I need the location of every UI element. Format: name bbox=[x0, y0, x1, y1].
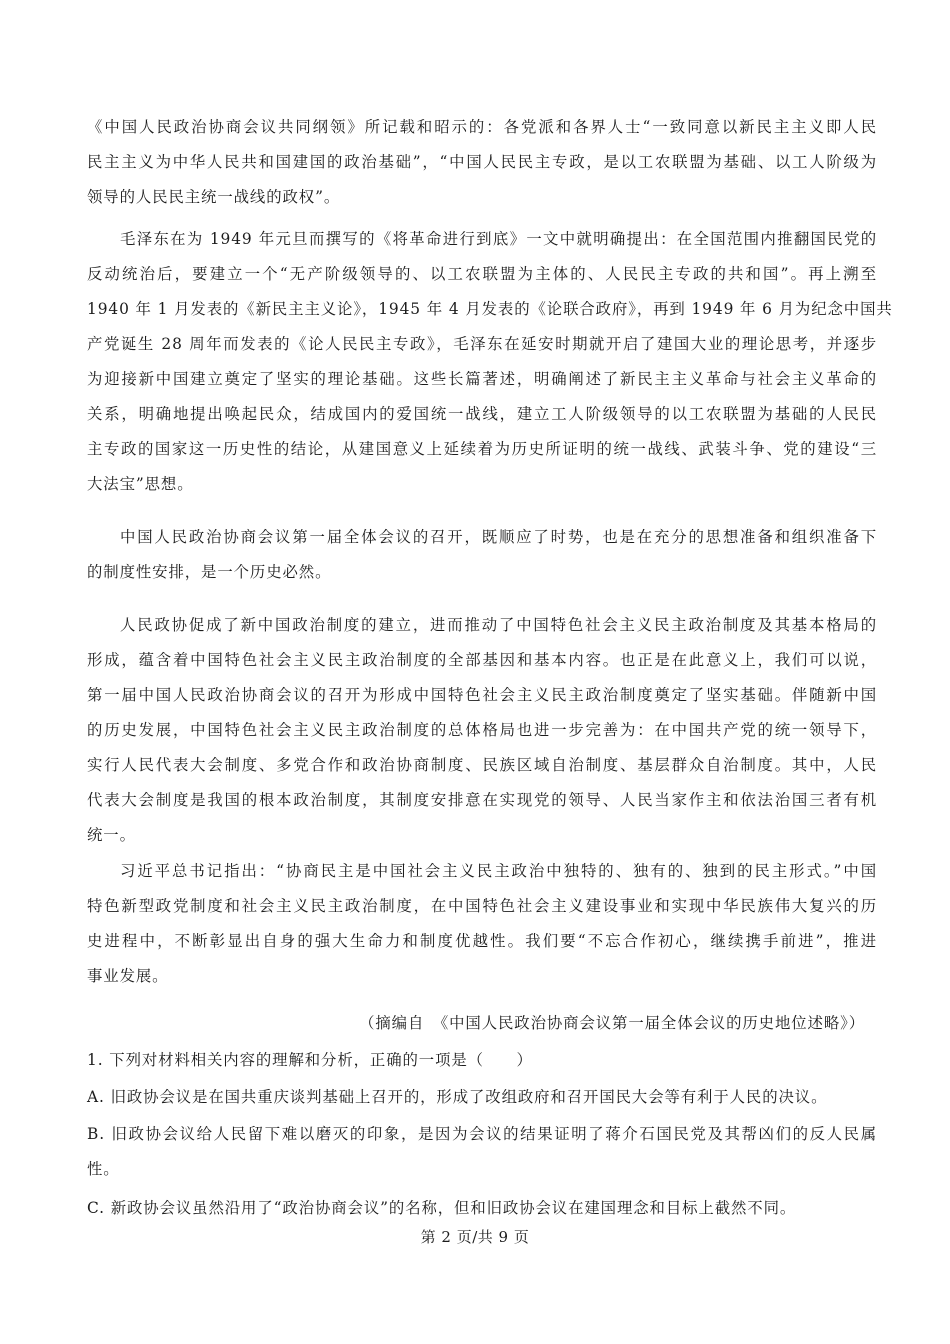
text-line: 的制度性安排，是一个历史必然。 bbox=[87, 560, 877, 584]
text-line: 产党诞生 28 周年而发表的《论人民民主专政》，毛泽东在延安时期就开启了建国大业… bbox=[87, 332, 877, 356]
option-c: C. 新政协会议虽然沿用了“政治协商会议”的名称，但和旧政协会议在建国理念和目标… bbox=[87, 1196, 877, 1220]
text-line: 关系，明确地提出唤起民众，结成国内的爱国统一战线，建立工人阶级领导的以工农联盟为… bbox=[87, 402, 877, 426]
option-b: B. 旧政协会议给人民留下难以磨灭的印象，是因为会议的结果证明了蒋介石国民党及其… bbox=[87, 1122, 877, 1146]
question-stem: 1. 下列对材料相关内容的理解和分析，正确的一项是（ ） bbox=[87, 1048, 877, 1072]
text-line: 特色新型政党制度和社会主义民主政治制度，在中国特色社会主义建设事业和实现中华民族… bbox=[87, 894, 877, 918]
text-line: 民主主义为中华人民共和国建国的政治基础”，“中国人民民主专政，是以工农联盟为基础… bbox=[87, 150, 877, 174]
text-line: 人民政协促成了新中国政治制度的建立，进而推动了中国特色社会主义民主政治制度及其基… bbox=[120, 613, 877, 637]
text-line: 主专政的国家这一历史性的结论，从建国意义上延续着为历史所证明的统一战线、武装斗争… bbox=[87, 437, 877, 461]
text-line: 1940 年 1 月发表的《新民主主义论》，1945 年 4 月发表的《论联合政… bbox=[87, 297, 877, 321]
document-page: 《中国人民政治协商会议共同纲领》所记载和昭示的：各党派和各界人士“一致同意以新民… bbox=[0, 0, 950, 1344]
text-line: 形成，蕴含着中国特色社会主义民主政治制度的全部基因和基本内容。也正是在此意义上，… bbox=[87, 648, 877, 672]
page-footer: 第 2 页/共 9 页 bbox=[0, 1225, 950, 1249]
text-line: 大法宝”思想。 bbox=[87, 472, 877, 496]
text-line: 代表大会制度是我国的根本政治制度，其制度安排意在实现党的领导、人民当家作主和依法… bbox=[87, 788, 877, 812]
text-line: 事业发展。 bbox=[87, 964, 877, 988]
option-b-continued: 性。 bbox=[87, 1157, 877, 1181]
text-line: 为迎接新中国建立奠定了坚实的理论基础。这些长篇著述，明确阐述了新民主主义革命与社… bbox=[87, 367, 877, 391]
text-line: 实行人民代表大会制度、多党合作和政治协商制度、民族区域自治制度、基层群众自治制度… bbox=[87, 753, 877, 777]
option-a: A. 旧政协会议是在国共重庆谈判基础上召开的，形成了改组政府和召开国民大会等有利… bbox=[87, 1085, 877, 1109]
text-line: 第一届中国人民政治协商会议的召开为形成中国特色社会主义民主政治制度奠定了坚实基础… bbox=[87, 683, 877, 707]
text-line: 《中国人民政治协商会议共同纲领》所记载和昭示的：各党派和各界人士“一致同意以新民… bbox=[87, 115, 877, 139]
text-line: 史进程中，不断彰显出自身的强大生命力和制度优越性。我们要“不忘合作初心，继续携手… bbox=[87, 929, 877, 953]
source-citation: （摘编自 《中国人民政治协商会议第一届全体会议的历史地位述略》） bbox=[320, 1011, 865, 1035]
text-line: 统一。 bbox=[87, 823, 877, 847]
text-line: 习近平总书记指出：“协商民主是中国社会主义民主政治中独特的、独有的、独到的民主形… bbox=[120, 859, 877, 883]
text-line: 反动统治后，要建立一个“无产阶级领导的、以工农联盟为主体的、人民民主专政的共和国… bbox=[87, 262, 877, 286]
text-line: 中国人民政治协商会议第一届全体会议的召开，既顺应了时势，也是在充分的思想准备和组… bbox=[120, 525, 877, 549]
text-line: 领导的人民民主统一战线的政权”。 bbox=[87, 185, 877, 209]
text-line: 的历史发展，中国特色社会主义民主政治制度的总体格局也进一步完善为：在中国共产党的… bbox=[87, 718, 877, 742]
text-line: 毛泽东在为 1949 年元旦而撰写的《将革命进行到底》一文中就明确提出：在全国范… bbox=[120, 227, 877, 251]
